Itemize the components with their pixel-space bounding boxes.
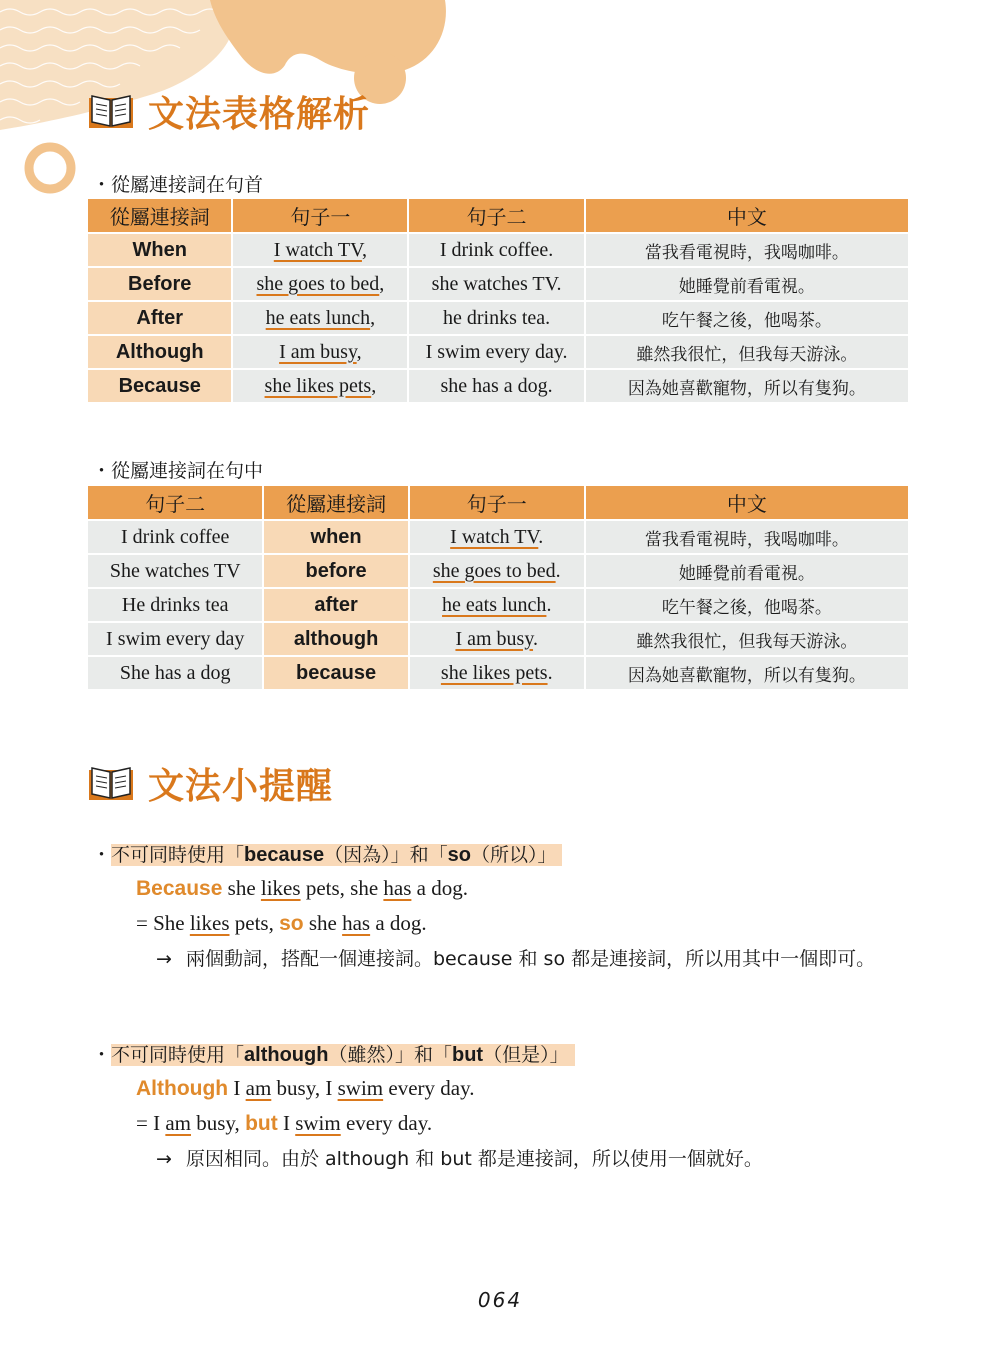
clause1-cell: I am busy,: [233, 336, 407, 368]
header-chinese: 中文: [586, 486, 908, 519]
open-book-icon: [88, 764, 134, 804]
clause1-cell: she goes to bed.: [410, 555, 584, 587]
clause2-cell: I swim every day.: [409, 336, 584, 368]
table-row: I swim every day although I am busy. 雖然我…: [88, 623, 908, 655]
chinese-cell: 她睡覺前看電視。: [586, 555, 908, 587]
clause2-cell: I drink coffee: [88, 521, 262, 553]
clause1-cell: I watch TV.: [410, 521, 584, 553]
chinese-cell: 因為她喜歡寵物，所以有隻狗。: [586, 657, 908, 689]
header-clause2: 句子二: [409, 199, 584, 232]
chinese-cell: 吃午餐之後，他喝茶。: [586, 589, 908, 621]
chinese-cell: 雖然我很忙，但我每天游泳。: [586, 336, 908, 368]
table1-subhead: ・從屬連接詞在句首: [92, 170, 263, 197]
table-row: When I watch TV, I drink coffee. 當我看電視時，…: [88, 234, 908, 266]
clause1-cell: she likes pets,: [233, 370, 407, 402]
clause1-cell: I watch TV,: [233, 234, 407, 266]
table-row: Because she likes pets, she has a dog. 因…: [88, 370, 908, 402]
conjunction-cell: After: [88, 302, 231, 334]
clause1-cell: she likes pets.: [410, 657, 584, 689]
table-row: Before she goes to bed, she watches TV. …: [88, 268, 908, 300]
tip-heading: ・不可同時使用「because（因為）」和「so（所以）」: [92, 840, 562, 867]
tip-heading: ・不可同時使用「although（雖然）」和「but（但是）」: [92, 1040, 575, 1067]
clause1-cell: he eats lunch,: [233, 302, 407, 334]
tip-explanation: → 兩個動詞，搭配一個連接詞。because 和 so 都是連接詞，所以用其中一…: [92, 943, 922, 976]
clause2-cell: I swim every day: [88, 623, 262, 655]
chinese-cell: 吃午餐之後，他喝茶。: [586, 302, 908, 334]
equivalent-sentence: = She likes pets, so she has a dog.: [92, 910, 922, 937]
grammar-tip: ・不可同時使用「although（雖然）」和「but（但是）」 Although…: [92, 1040, 922, 1176]
conjunction-cell: Because: [88, 370, 231, 402]
table-row: She has a dog because she likes pets. 因為…: [88, 657, 908, 689]
chinese-cell: 當我看電視時，我喝咖啡。: [586, 521, 908, 553]
table-row: Although I am busy, I swim every day. 雖然…: [88, 336, 908, 368]
conjunction-middle-table: 句子二 從屬連接詞 句子一 中文 I drink coffee when I w…: [86, 484, 910, 691]
clause2-cell: She has a dog: [88, 657, 262, 689]
chinese-cell: 她睡覺前看電視。: [586, 268, 908, 300]
arrow-right-icon: →: [156, 1143, 186, 1176]
header-conjunction: 從屬連接詞: [264, 486, 407, 519]
table2-subhead: ・從屬連接詞在句中: [92, 456, 263, 483]
header-clause1: 句子一: [233, 199, 407, 232]
tip-explanation: → 原因相同。由於 although 和 but 都是連接詞，所以使用一個就好。: [92, 1143, 922, 1176]
conjunction-cell: Before: [88, 268, 231, 300]
conjunction-first-table: 從屬連接詞 句子一 句子二 中文 When I watch TV, I drin…: [86, 197, 910, 404]
equivalent-sentence: = I am busy, but I swim every day.: [92, 1110, 922, 1137]
clause1-cell: she goes to bed,: [233, 268, 407, 300]
conjunction-cell: after: [264, 589, 407, 621]
table-row: He drinks tea after he eats lunch. 吃午餐之後…: [88, 589, 908, 621]
open-book-icon: [88, 92, 134, 132]
table-row: After he eats lunch, he drinks tea. 吃午餐之…: [88, 302, 908, 334]
example-sentence: Although I am busy, I swim every day.: [92, 1075, 922, 1102]
section-title-text: 文法表格解析: [148, 86, 370, 137]
header-clause1: 句子一: [410, 486, 584, 519]
conjunction-cell: before: [264, 555, 407, 587]
page-number: 064: [0, 1288, 1000, 1312]
clause2-cell: she has a dog.: [409, 370, 584, 402]
clause2-cell: she watches TV.: [409, 268, 584, 300]
table-header-row: 從屬連接詞 句子一 句子二 中文: [88, 199, 908, 232]
header-conjunction: 從屬連接詞: [88, 199, 231, 232]
table-header-row: 句子二 從屬連接詞 句子一 中文: [88, 486, 908, 519]
section-title-grammar-tips: 文法小提醒: [88, 758, 333, 809]
clause2-cell: He drinks tea: [88, 589, 262, 621]
clause1-cell: he eats lunch.: [410, 589, 584, 621]
conjunction-cell: when: [264, 521, 407, 553]
grammar-tip: ・不可同時使用「because（因為）」和「so（所以）」 Because sh…: [92, 840, 922, 976]
arrow-right-icon: →: [156, 943, 186, 976]
header-clause2: 句子二: [88, 486, 262, 519]
clause2-cell: I drink coffee.: [409, 234, 584, 266]
conjunction-cell: Although: [88, 336, 231, 368]
table-row: She watches TV before she goes to bed. 她…: [88, 555, 908, 587]
clause2-cell: She watches TV: [88, 555, 262, 587]
clause2-cell: he drinks tea.: [409, 302, 584, 334]
chinese-cell: 因為她喜歡寵物，所以有隻狗。: [586, 370, 908, 402]
clause1-cell: I am busy.: [410, 623, 584, 655]
table-row: I drink coffee when I watch TV. 當我看電視時，我…: [88, 521, 908, 553]
section-title-grammar-table: 文法表格解析: [88, 86, 370, 137]
conjunction-cell: When: [88, 234, 231, 266]
chinese-cell: 雖然我很忙，但我每天游泳。: [586, 623, 908, 655]
header-chinese: 中文: [586, 199, 908, 232]
section-title-text: 文法小提醒: [148, 758, 333, 809]
conjunction-cell: because: [264, 657, 407, 689]
example-sentence: Because she likes pets, she has a dog.: [92, 875, 922, 902]
chinese-cell: 當我看電視時，我喝咖啡。: [586, 234, 908, 266]
conjunction-cell: although: [264, 623, 407, 655]
